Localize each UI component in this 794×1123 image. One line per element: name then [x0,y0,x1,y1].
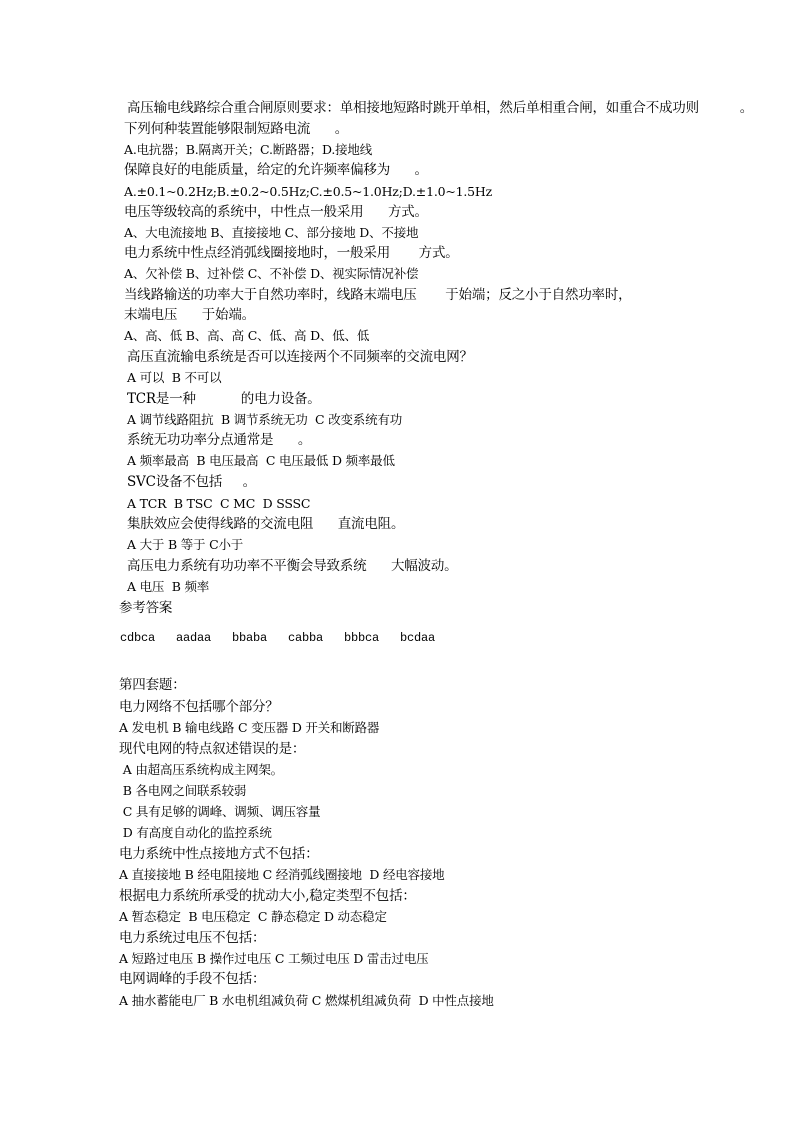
options-line: A 短路过电压 B 操作过电压 C 工频过电压 D 雷击过电压 [119,950,428,968]
question-line: 高压电力系统有功功率不平衡会导致系统 大幅波动。 [127,557,457,575]
answer-group: bbaba [232,629,267,647]
question-line: SVC设备不包括 。 [127,473,256,491]
options-line: B 各电网之间联系较弱 [119,782,246,800]
options-line: A 调节线路阻抗 B 调节系统无功 C 改变系统有功 [127,411,402,429]
question-line: 现代电网的特点叙述错误的是： [119,740,305,758]
options-line: A 电压 B 频率 [127,578,209,596]
question-line: 电力系统中性点经消弧线圈接地时，一般采用 方式。 [124,244,459,262]
answer-group: cdbca [120,629,155,647]
question-line: 电力系统过电压不包括： [119,929,265,947]
options-line: C 具有足够的调峰、调频、调压容量 [119,803,320,821]
options-line: A 由超高压系统构成主网架。 [119,761,283,779]
answer-group: aadaa [176,629,211,647]
question-line: 高压输电线路综合重合闸原则要求：单相接地短路时跳开单相，然后单相重合闸，如重合不… [127,99,753,117]
question-line: 电压等级较高的系统中，中性点一般采用 方式。 [124,203,428,221]
question-line: 电力系统中性点接地方式不包括： [119,845,319,863]
options-line: A.±0.1~0.2Hz;B.±0.2~0.5Hz;C.±0.5~1.0Hz;D… [124,183,492,201]
question-line: 系统无功功率分点通常是 。 [127,431,311,449]
answer-group: bbbca [344,629,379,647]
question-line: 下列何种装置能够限制短路电流 。 [124,120,348,138]
question-line: 根据电力系统所承受的扰动大小,稳定类型不包括： [119,887,416,905]
options-line: A 暂态稳定 B 电压稳定 C 静态稳定 D 动态稳定 [119,908,387,926]
options-line: A TCR B TSC C MC D SSSC [127,495,310,513]
options-line: A 抽水蓄能电厂 B 水电机组减负荷 C 燃煤机组减负荷 D 中性点接地 [119,992,494,1010]
options-line: A 可以 B 不可以 [127,369,221,387]
section-title: 第四套题： [119,676,186,694]
answer-heading: 参考答案 [119,599,172,617]
options-line: A.电抗器；B.隔离开关；C.断路器；D.接地线 [124,141,372,159]
options-line: D 有高度自动化的监控系统 [119,824,272,842]
question-line: 电力网络不包括哪个部分？ [119,698,279,716]
question-line: 高压直流输电系统是否可以连接两个不同频率的交流电网？ [127,348,473,366]
question-line: 集肤效应会使得线路的交流电阻 直流电阻。 [127,515,404,533]
question-line: 保障良好的电能质量，给定的允许频率偏移为 。 [124,161,428,179]
options-line: A 发电机 B 输电线路 C 变压器 D 开关和断路器 [119,719,379,737]
question-line-cont: 末端电压 于始端。 [124,306,255,324]
document-page: 高压输电线路综合重合闸原则要求：单相接地短路时跳开单相，然后单相重合闸，如重合不… [0,0,794,1123]
answer-group: bcdaa [400,629,435,647]
question-line: 当线路输送的功率大于自然功率时，线路末端电压 于始端；反之小于自然功率时， [124,286,631,304]
options-line: A、大电流接地 B、直接接地 C、部分接地 D、不接地 [124,224,418,242]
options-line: A 频率最高 B 电压最高 C 电压最低 D 频率最低 [127,452,395,470]
answer-group: cabba [288,629,323,647]
options-line: A、欠补偿 B、过补偿 C、不补偿 D、视实际情况补偿 [124,265,418,283]
options-line: A 直接接地 B 经电阻接地 C 经消弧线圈接地 D 经电容接地 [119,866,445,884]
question-line: 电网调峰的手段不包括： [119,970,265,988]
options-line: A 大于 B 等于 C小于 [127,536,243,554]
options-line: A、高、低 B、高、高 C、低、高 D、低、低 [124,327,369,345]
question-line: TCR是一种 的电力设备。 [127,390,321,408]
